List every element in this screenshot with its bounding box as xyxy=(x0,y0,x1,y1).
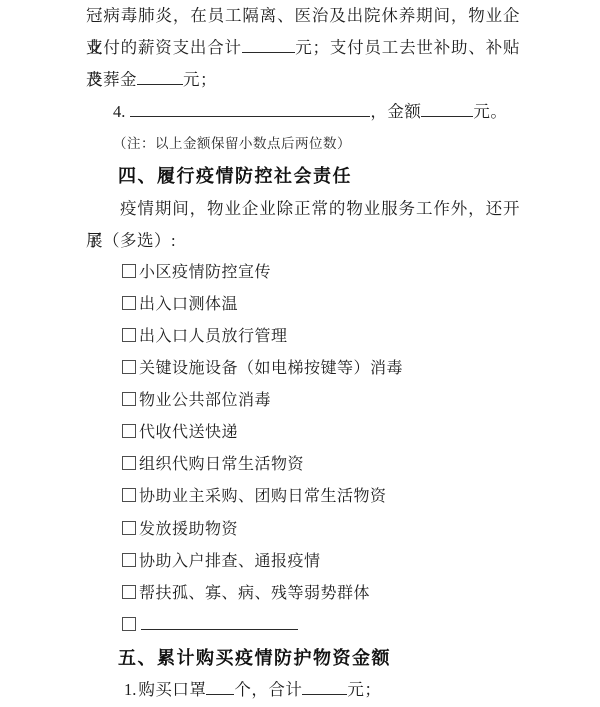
checklist-item-label: 出入口人员放行管理 xyxy=(139,328,288,345)
checklist-item-label: 组织代购日常生活物资 xyxy=(139,456,304,473)
checklist-item-express-delivery: 代收代送快递 xyxy=(86,417,520,449)
checklist-item-label: 代收代送快递 xyxy=(139,424,238,441)
checklist-item-label: 发放援助物资 xyxy=(139,521,238,538)
salary-total-blank[interactable] xyxy=(242,39,295,53)
checklist-item-label: 协助入户排查、通报疫情 xyxy=(139,553,321,570)
checkbox-icon[interactable] xyxy=(122,264,136,278)
checklist-item-label: 协助业主采购、团购日常生活物资 xyxy=(139,488,387,505)
mask-purchase-row: 1.购买口罩个，合计元； xyxy=(86,674,520,706)
checklist-item-temperature-check: 出入口测体温 xyxy=(86,289,520,321)
wages-paragraph-line3: 丧葬金元； xyxy=(86,64,520,96)
checklist-item-assist-owner-purchasing: 协助业主采购、团购日常生活物资 xyxy=(86,481,520,513)
checklist-item-label: 帮扶孤、寡、病、残等弱势群体 xyxy=(139,585,370,602)
wages-paragraph-line2: 支付的薪资支出合计元；支付员工去世补助、补贴及 xyxy=(86,32,520,64)
mask-count-blank[interactable] xyxy=(206,681,234,695)
checklist-item-label: 物业公共部位消毒 xyxy=(139,392,271,409)
text-run: 元。 xyxy=(473,102,507,121)
wages-paragraph-line1: 冠病毒肺炎，在员工隔离、医治及出院休养期间，物业企业 xyxy=(86,0,520,32)
item-4-row: 4.，金额元。 xyxy=(86,96,520,128)
funeral-subsidy-blank[interactable] xyxy=(137,71,183,85)
document-page: 冠病毒肺炎，在员工隔离、医治及出院休养期间，物业企业 支付的薪资支出合计元；支付… xyxy=(0,0,600,707)
text-run: 个，合计 xyxy=(234,680,302,699)
checkbox-icon[interactable] xyxy=(122,617,136,631)
checklist-item-household-screening: 协助入户排查、通报疫情 xyxy=(86,546,520,578)
mask-total-amount-blank[interactable] xyxy=(302,681,347,695)
text-run: 元； xyxy=(183,70,217,89)
checkbox-icon[interactable] xyxy=(122,424,136,438)
checklist-item-label: 关键设施设备（如电梯按键等）消毒 xyxy=(139,360,403,377)
checklist-item-help-vulnerable-groups: 帮扶孤、寡、病、残等弱势群体 xyxy=(86,578,520,610)
checkbox-icon[interactable] xyxy=(122,360,136,374)
checklist-item-aid-supplies: 发放援助物资 xyxy=(86,514,520,546)
checkbox-icon[interactable] xyxy=(122,456,136,470)
checklist-item-group-purchasing: 组织代购日常生活物资 xyxy=(86,449,520,481)
amount-format-note: （注：以上金额保留小数点后两位数） xyxy=(86,128,520,160)
section-4-intro-line1: 疫情期间，物业企业除正常的物业服务工作外，还开展 xyxy=(86,193,520,225)
checklist-item-entrance-management: 出入口人员放行管理 xyxy=(86,321,520,353)
checklist-item-label: 出入口测体温 xyxy=(139,296,238,313)
checklist-item-label: 小区疫情防控宣传 xyxy=(139,264,271,281)
text-run: 支付的薪资支出合计 xyxy=(86,38,242,57)
checkbox-icon[interactable] xyxy=(122,585,136,599)
checklist-item-public-area-disinfection: 物业公共部位消毒 xyxy=(86,385,520,417)
checkbox-icon[interactable] xyxy=(122,488,136,502)
checkbox-icon[interactable] xyxy=(122,553,136,567)
checkbox-icon[interactable] xyxy=(122,392,136,406)
checklist-item-community-publicity: 小区疫情防控宣传 xyxy=(86,257,520,289)
section-5-heading: 五、累计购买疫情防护物资金额 xyxy=(86,642,520,674)
other-option-blank[interactable] xyxy=(141,616,298,630)
checkbox-icon[interactable] xyxy=(122,328,136,342)
text-run: 元； xyxy=(347,680,381,699)
item-4-amount-blank[interactable] xyxy=(421,103,473,117)
text-run: ，金额 xyxy=(370,102,421,121)
checklist-item-other-writein xyxy=(86,610,520,642)
item-4-number: 4. xyxy=(113,102,125,121)
checkbox-icon[interactable] xyxy=(122,296,136,310)
item-4-description-blank[interactable] xyxy=(130,103,370,117)
checkbox-icon[interactable] xyxy=(122,521,136,535)
text-run: 购买口罩 xyxy=(138,680,206,699)
checklist-item-equipment-disinfection: 关键设施设备（如电梯按键等）消毒 xyxy=(86,353,520,385)
section-4-heading: 四、履行疫情防控社会责任 xyxy=(86,160,520,192)
text-run: 丧葬金 xyxy=(86,70,137,89)
mask-item-number: 1. xyxy=(124,680,136,699)
section-4-intro-line2: 了（多选）: xyxy=(86,225,520,257)
